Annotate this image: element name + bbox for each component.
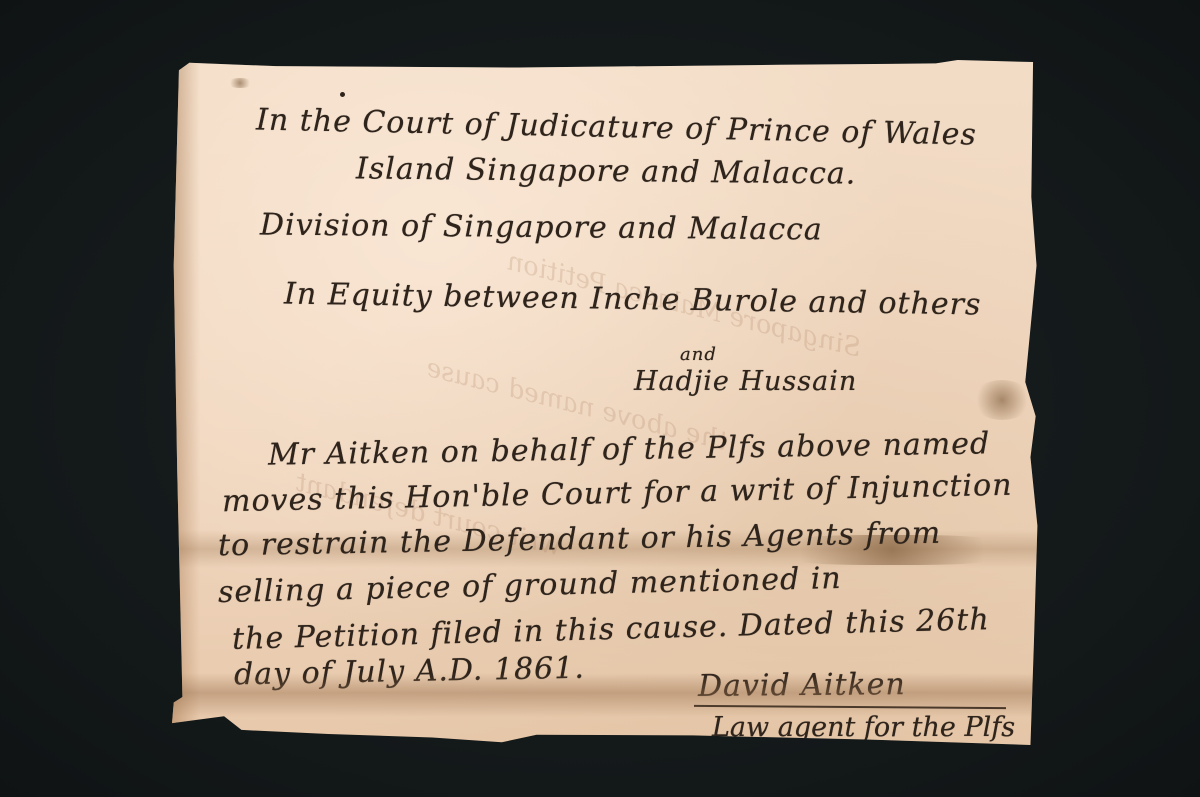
division-line: Division of Singapore and Malacca bbox=[260, 208, 823, 248]
signature-title: Law agent for the Plfs bbox=[712, 712, 1015, 743]
signature-underline bbox=[694, 705, 1006, 709]
motion-line-6: day of July A.D. 1861. bbox=[234, 651, 585, 693]
and-connector: and bbox=[680, 344, 717, 365]
motion-line-3: to restrain the Defendant or his Agents … bbox=[218, 516, 942, 564]
ink-fleck bbox=[227, 78, 253, 88]
court-title-line-2: Island Singapore and Malacca. bbox=[356, 151, 857, 191]
motion-line-5: the Petition filed in this cause. Dated … bbox=[232, 602, 990, 657]
ink-stain bbox=[972, 380, 1032, 420]
ink-dot bbox=[340, 92, 345, 97]
signature-name: David Aitken bbox=[698, 667, 906, 704]
motion-line-1: Mr Aitken on behalf of the Plfs above na… bbox=[268, 426, 991, 472]
document-sheet: Singapore Malacca Petition the above nam… bbox=[172, 60, 1040, 745]
motion-line-4: selling a piece of ground mentioned in bbox=[218, 561, 842, 610]
equity-parties-line: In Equity between Inche Burole and other… bbox=[284, 277, 982, 323]
motion-line-2: moves this Hon'ble Court for a writ of I… bbox=[222, 468, 1013, 520]
defendant-name: Hadjie Hussain bbox=[634, 366, 857, 397]
court-title-line-1: In the Court of Judicature of Prince of … bbox=[256, 102, 978, 152]
photo-background: Singapore Malacca Petition the above nam… bbox=[0, 0, 1200, 797]
